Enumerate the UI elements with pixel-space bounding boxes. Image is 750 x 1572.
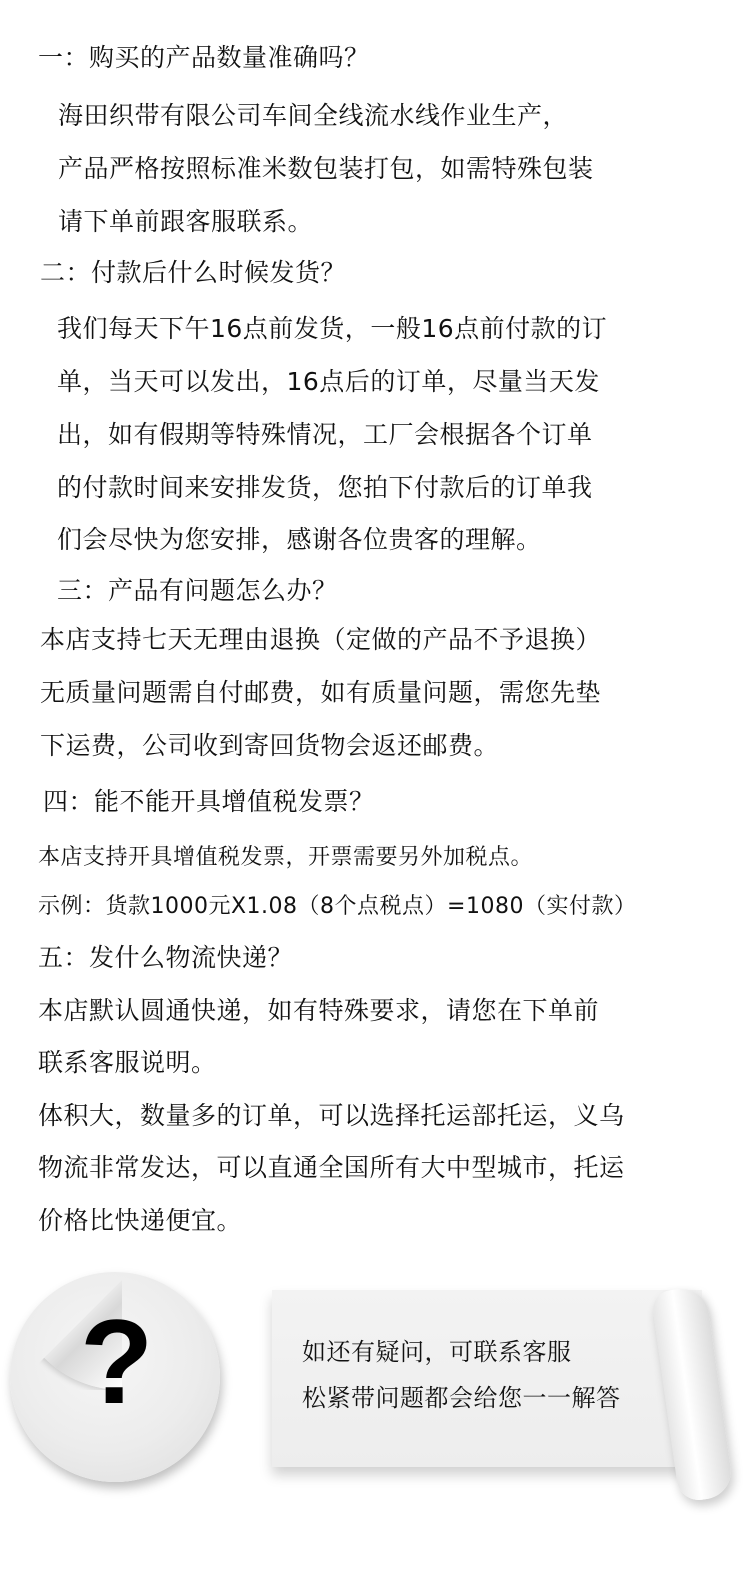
answer-2-line-3: 出，如有假期等特殊情况，工厂会根据各个订单 — [57, 419, 593, 451]
question-mark-icon: ? — [80, 1302, 153, 1422]
answer-2-line-5: 们会尽快为您安排，感谢各位贵客的理解。 — [57, 524, 542, 556]
answer-3-line-2: 无质量问题需自付邮费，如有质量问题，需您先垫 — [40, 677, 601, 709]
paper-roll-decoration — [651, 1285, 735, 1503]
answer-5-line-3: 体积大，数量多的订单，可以选择托运部托运，义乌 — [38, 1100, 625, 1132]
note-line-1: 如还有疑问，可联系客服 — [302, 1336, 572, 1368]
question-1: 一：购买的产品数量准确吗？ — [38, 42, 370, 74]
answer-2-line-4: 的付款时间来安排发货，您拍下付款后的订单我 — [57, 472, 593, 504]
question-4: 四：能不能开具增值税发票？ — [43, 786, 375, 818]
answer-5-line-4: 物流非常发达，可以直通全国所有大中型城市，托运 — [38, 1152, 625, 1184]
answer-4-line-2: 示例：货款1000元X1.08（8个点税点）=1080（实付款） — [38, 891, 636, 923]
answer-5-line-2: 联系客服说明。 — [38, 1047, 217, 1079]
answer-5-line-1: 本店默认圆通快递，如有特殊要求，请您在下单前 — [38, 995, 599, 1027]
question-3: 三：产品有问题怎么办？ — [57, 575, 338, 607]
question-2: 二：付款后什么时候发货？ — [40, 257, 346, 289]
answer-1-line-3: 请下单前跟客服联系。 — [58, 206, 313, 238]
answer-2-line-1: 我们每天下午16点前发货，一般16点前付款的订 — [57, 313, 607, 345]
answer-4-line-1: 本店支持开具增值税发票，开票需要另外加税点。 — [38, 842, 533, 874]
answer-3-line-3: 下运费，公司收到寄回货物会返还邮费。 — [40, 730, 499, 762]
answer-1-line-1: 海田织带有限公司车间全线流水线作业生产， — [58, 100, 568, 132]
question-mark-sticker: ? — [10, 1272, 222, 1482]
answer-3-line-1: 本店支持七天无理由退换（定做的产品不予退换） — [40, 624, 601, 656]
answer-5-line-5: 价格比快递便宜。 — [38, 1205, 242, 1237]
note-line-2: 松紧带问题都会给您一一解答 — [302, 1382, 621, 1414]
answer-1-line-2: 产品严格按照标准米数包装打包，如需特殊包装 — [58, 153, 594, 185]
answer-2-line-2: 单，当天可以发出，16点后的订单，尽量当天发 — [57, 366, 600, 398]
question-5: 五：发什么物流快递？ — [38, 942, 293, 974]
contact-note-paper: 如还有疑问，可联系客服 松紧带问题都会给您一一解答 — [272, 1290, 702, 1467]
